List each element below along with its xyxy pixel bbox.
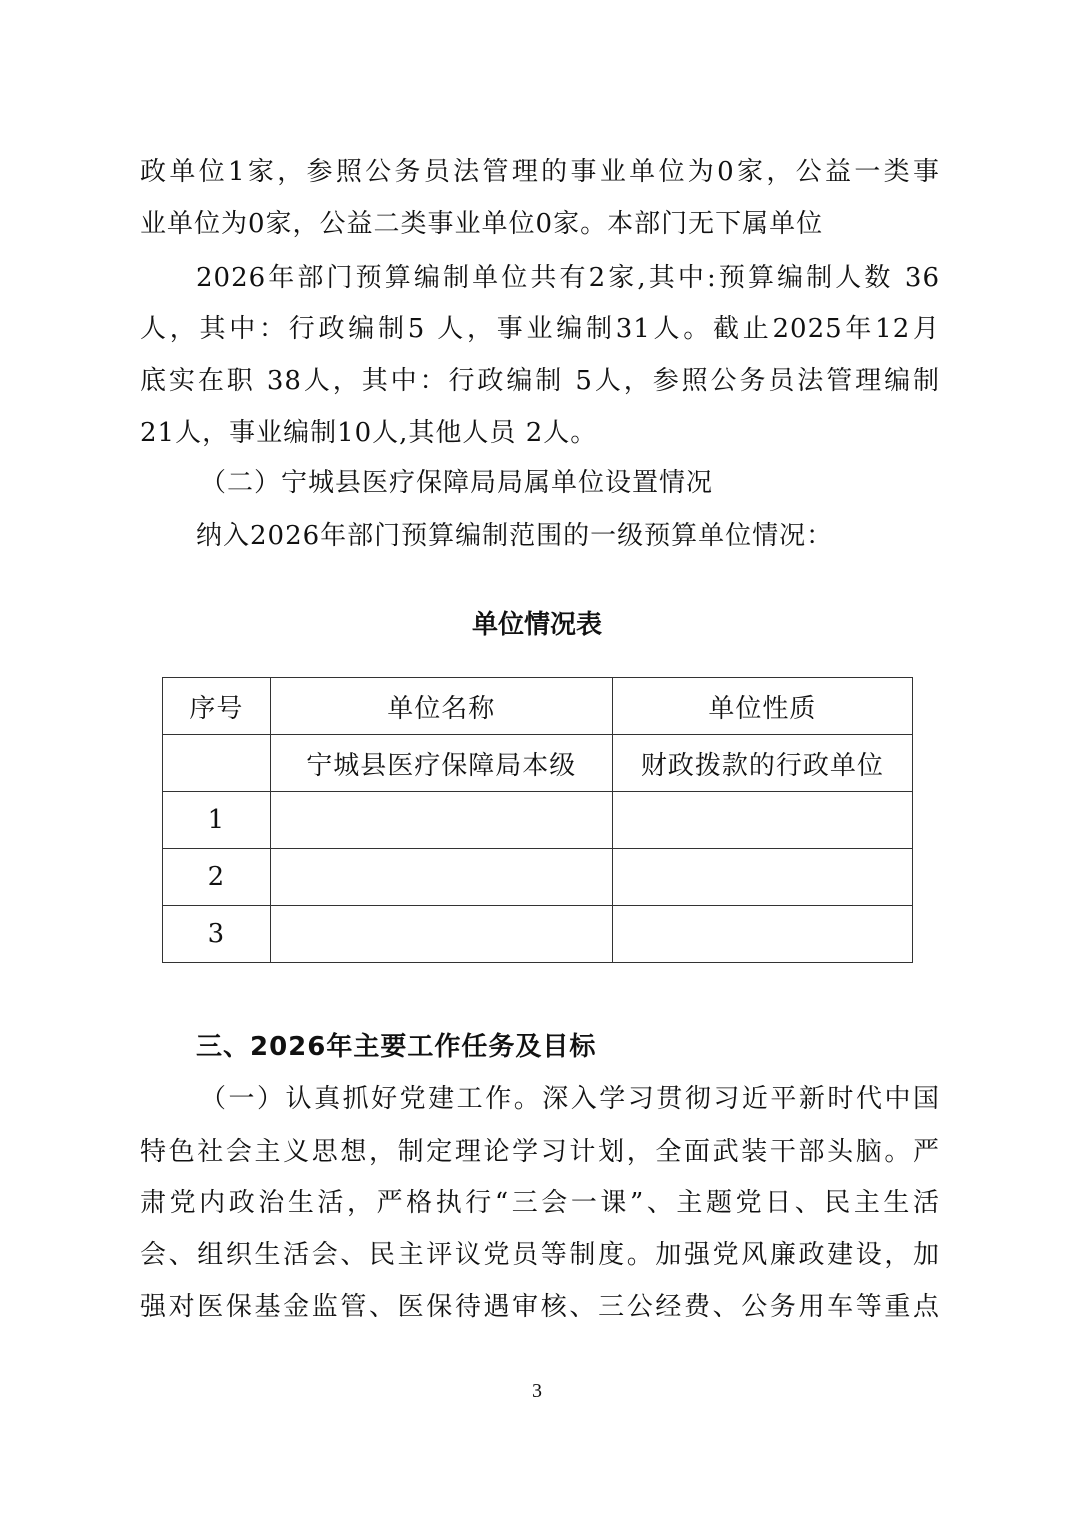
paragraph-line: 2026年部门预算编制单位共有2家,其中:预算编制人数 36 xyxy=(196,261,940,295)
table-header-row: 序号 单位名称 单位性质 xyxy=(163,678,913,735)
cell-unit-nature xyxy=(612,906,912,963)
cell-unit-nature xyxy=(612,849,912,906)
header-unit-name: 单位名称 xyxy=(270,678,612,735)
subheading: （二）宁城县医疗保障局局属单位设置情况 xyxy=(200,466,1000,500)
table-row: 1 xyxy=(163,792,913,849)
cell-unit-name: 宁城县医疗保障局本级 xyxy=(270,735,612,792)
paragraph-line: 人，其中：行政编制5 人，事业编制31人。截止2025年12月 xyxy=(140,312,940,346)
page-number: 3 xyxy=(0,1380,1074,1403)
paragraph-text-emphasis: 本部门无下属单位 xyxy=(607,209,823,239)
cell-unit-name xyxy=(270,849,612,906)
table-row: 宁城县医疗保障局本级 财政拨款的行政单位 xyxy=(163,735,913,792)
cell-index xyxy=(163,735,271,792)
paragraph-line: 纳入2026年部门预算编制范围的一级预算单位情况： xyxy=(196,519,996,553)
paragraph-line: 底实在职 38人，其中：行政编制 5人，参照公务员法管理编制 xyxy=(140,364,940,398)
cell-unit-name xyxy=(270,906,612,963)
table-row: 2 xyxy=(163,849,913,906)
table-row: 3 xyxy=(163,906,913,963)
cell-index: 1 xyxy=(163,792,271,849)
paragraph-line: （一）认真抓好党建工作。深入学习贯彻习近平新时代中国 xyxy=(200,1082,940,1116)
cell-unit-nature xyxy=(612,792,912,849)
paragraph-line: 政单位1家，参照公务员法管理的事业单位为0家，公益一类事 xyxy=(140,155,940,189)
paragraph-line: 特色社会主义思想，制定理论学习计划，全面武装干部头脑。严 xyxy=(140,1135,940,1169)
section-heading: 三、2026年主要工作任务及目标 xyxy=(196,1030,996,1064)
paragraph-line: 21人，事业编制10人,其他人员 2人。 xyxy=(140,416,940,450)
paragraph-line: 肃党内政治生活，严格执行“三会一课”、主题党日、民主生活 xyxy=(140,1186,940,1220)
paragraph-line: 会、组织生活会、民主评议党员等制度。加强党风廉政建设，加 xyxy=(140,1238,940,1272)
table-title: 单位情况表 xyxy=(0,608,1074,642)
cell-unit-name xyxy=(270,792,612,849)
cell-index: 2 xyxy=(163,849,271,906)
paragraph-line: 强对医保基金监管、医保待遇审核、三公经费、公务用车等重点 xyxy=(140,1290,940,1324)
cell-unit-nature: 财政拨款的行政单位 xyxy=(612,735,912,792)
header-index: 序号 xyxy=(163,678,271,735)
paragraph-text: 业单位为0家，公益二类事业单位0家。 xyxy=(140,209,607,239)
cell-index: 3 xyxy=(163,906,271,963)
unit-table: 序号 单位名称 单位性质 宁城县医疗保障局本级 财政拨款的行政单位 1 2 3 xyxy=(162,677,913,963)
paragraph-line: 业单位为0家，公益二类事业单位0家。本部门无下属单位 xyxy=(140,207,940,241)
header-unit-nature: 单位性质 xyxy=(612,678,912,735)
document-page: 政单位1家，参照公务员法管理的事业单位为0家，公益一类事 业单位为0家，公益二类… xyxy=(0,0,1074,1520)
